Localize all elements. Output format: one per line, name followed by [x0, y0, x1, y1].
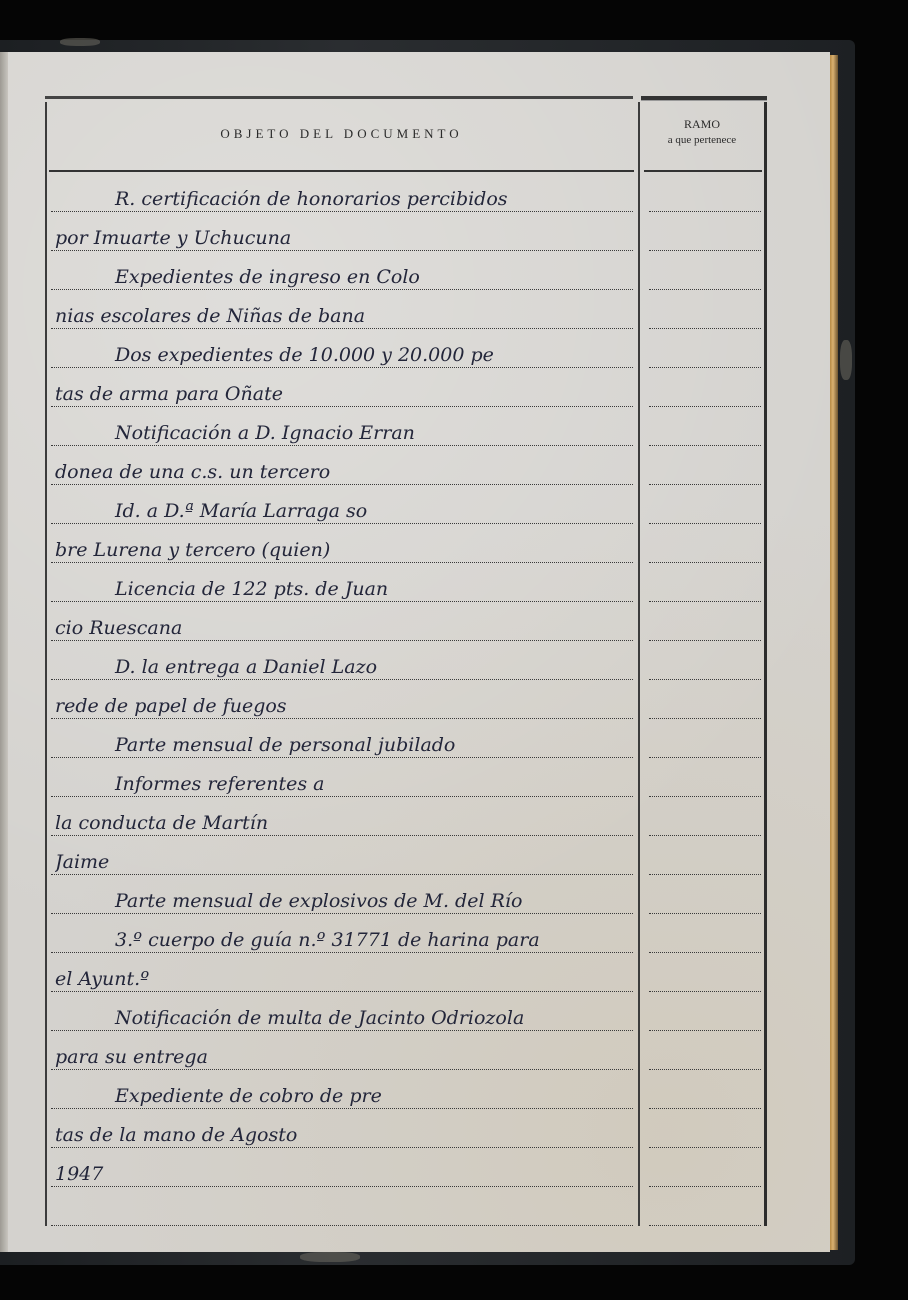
handwritten-entry: para su entrega	[55, 1046, 635, 1068]
handwritten-entry: cio Ruescana	[55, 617, 635, 639]
table-row: Notificación de multa de Jacinto Odriozo…	[51, 992, 761, 1031]
handwritten-entry: Jaime	[55, 851, 635, 873]
ruled-line	[649, 1225, 761, 1226]
ledger-table: OBJETO DEL DOCUMENTO RAMO a que pertenec…	[45, 96, 767, 1226]
branch-header-subtitle: a que pertenece	[640, 132, 764, 148]
handwritten-entry: Expediente de cobro de pre	[55, 1085, 695, 1107]
table-row: D. la entrega a Daniel Lazo	[51, 641, 761, 680]
table-row: donea de una c.s. un tercero	[51, 446, 761, 485]
top-rule	[641, 96, 767, 101]
table-row: bre Lurena y tercero (quien)	[51, 524, 761, 563]
handwritten-entry: por Imuarte y Uchucuna	[55, 227, 635, 249]
header-rule	[49, 170, 634, 172]
handwritten-entry: Notificación de multa de Jacinto Odriozo…	[55, 1007, 695, 1029]
handwritten-entry: el Ayunt.º	[55, 968, 635, 990]
handwritten-entry: R. certificación de honorarios percibido…	[55, 188, 695, 210]
handwritten-entry: tas de la mano de Agosto	[55, 1124, 635, 1146]
column-border	[45, 102, 47, 1226]
handwritten-entry: Parte mensual de personal jubilado	[55, 734, 695, 756]
table-row: Notificación a D. Ignacio Erran	[51, 407, 761, 446]
table-row: Expediente de cobro de pre	[51, 1070, 761, 1109]
table-row: Id. a D.ª María Larraga so	[51, 485, 761, 524]
handwritten-entry: Expedientes de ingreso en Colo	[55, 266, 695, 288]
header-rule	[644, 170, 762, 172]
table-row: por Imuarte y Uchucuna	[51, 212, 761, 251]
handwritten-entry: rede de papel de fuegos	[55, 695, 635, 717]
table-row: Informes referentes a	[51, 758, 761, 797]
table-row: para su entrega	[51, 1031, 761, 1070]
handwritten-entry: Id. a D.ª María Larraga so	[55, 500, 695, 522]
table-row: la conducta de Martín	[51, 797, 761, 836]
table-row: tas de arma para Oñate	[51, 368, 761, 407]
cover-wear	[300, 1252, 360, 1262]
column-header-branch: RAMO a que pertenece	[640, 116, 764, 148]
handwritten-entry: tas de arma para Oñate	[55, 383, 635, 405]
handwritten-entry: Parte mensual de explosivos de M. del Rí…	[55, 890, 695, 912]
table-row: el Ayunt.º	[51, 953, 761, 992]
handwritten-entry: Notificación a D. Ignacio Erran	[55, 422, 695, 444]
table-row: R. certificación de honorarios percibido…	[51, 173, 761, 212]
table-row: rede de papel de fuegos	[51, 680, 761, 719]
column-border	[764, 102, 767, 1226]
handwritten-entry: Licencia de 122 pts. de Juan	[55, 578, 695, 600]
binding-gutter	[0, 52, 8, 1252]
handwritten-entry: la conducta de Martín	[55, 812, 635, 834]
table-row: Dos expedientes de 10.000 y 20.000 pe	[51, 329, 761, 368]
table-row: Jaime	[51, 836, 761, 875]
cover-wear	[840, 340, 852, 380]
handwritten-entry: 3.º cuerpo de guía n.º 31771 de harina p…	[55, 929, 695, 951]
table-row: tas de la mano de Agosto	[51, 1109, 761, 1148]
handwritten-entry: donea de una c.s. un tercero	[55, 461, 635, 483]
handwritten-entry: bre Lurena y tercero (quien)	[55, 539, 635, 561]
cover-wear	[60, 38, 100, 46]
handwritten-entry: nias escolares de Niñas de bana	[55, 305, 635, 327]
table-row	[51, 1187, 761, 1226]
handwritten-entry: D. la entrega a Daniel Lazo	[55, 656, 695, 678]
table-row: nias escolares de Niñas de bana	[51, 290, 761, 329]
branch-header-title: RAMO	[640, 116, 764, 132]
handwritten-entry: Informes referentes a	[55, 773, 695, 795]
table-row: Parte mensual de explosivos de M. del Rí…	[51, 875, 761, 914]
table-row: Licencia de 122 pts. de Juan	[51, 563, 761, 602]
table-row: 1947	[51, 1148, 761, 1187]
table-row: Parte mensual de personal jubilado	[51, 719, 761, 758]
ruled-line	[51, 1225, 633, 1226]
column-header-subject: OBJETO DEL DOCUMENTO	[45, 126, 638, 142]
table-row: cio Ruescana	[51, 602, 761, 641]
handwritten-entry: 1947	[55, 1163, 635, 1185]
top-rule	[45, 96, 633, 99]
table-row: 3.º cuerpo de guía n.º 31771 de harina p…	[51, 914, 761, 953]
handwritten-entry: Dos expedientes de 10.000 y 20.000 pe	[55, 344, 695, 366]
table-row: Expedientes de ingreso en Colo	[51, 251, 761, 290]
